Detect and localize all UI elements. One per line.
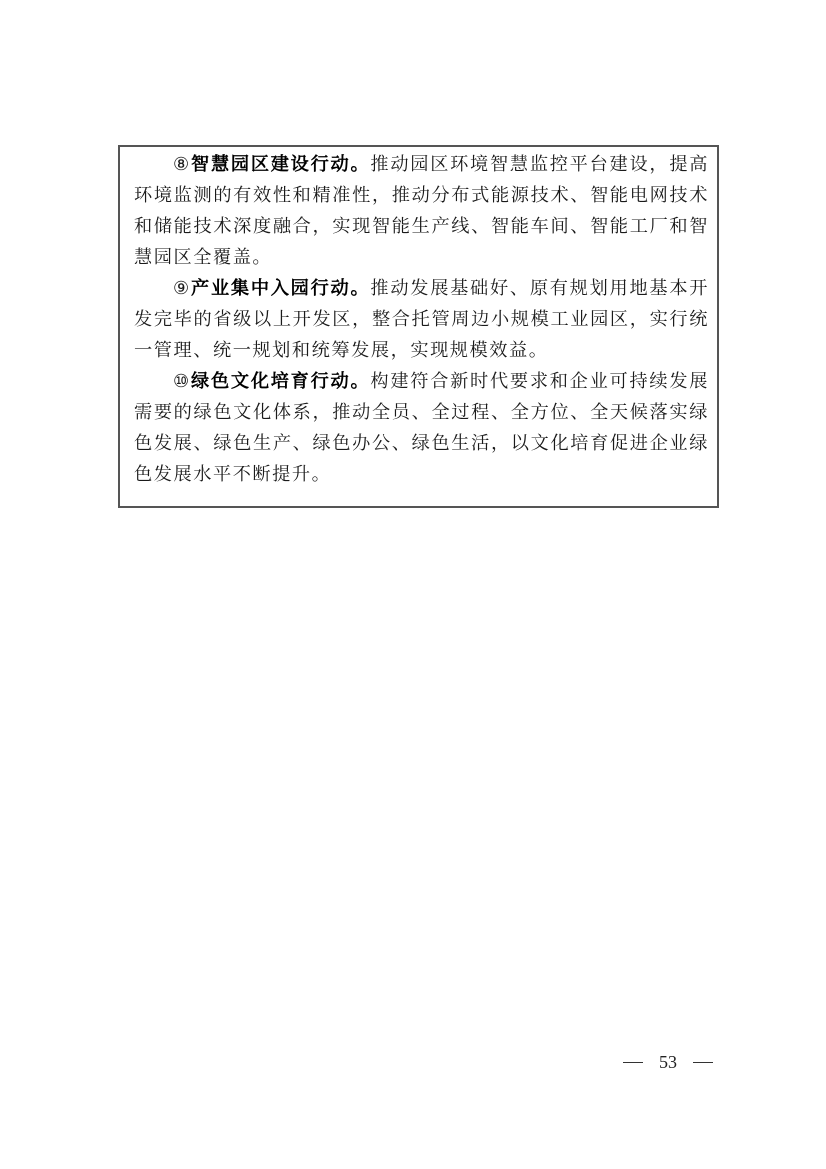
page-number-footer: 53: [623, 1050, 713, 1074]
item-marker: ⑧: [173, 154, 191, 175]
bordered-text-box: ⑧智慧园区建设行动。推动园区环境智慧监控平台建设，提高环境监测的有效性和精准性，…: [118, 145, 719, 508]
paragraph-item-9: ⑨产业集中入园行动。推动发展基础好、原有规划用地基本开发完毕的省级以上开发区，整…: [134, 273, 709, 366]
item-marker: ⑨: [173, 278, 191, 299]
paragraph-item-10: ⑩绿色文化培育行动。构建符合新时代要求和企业可持续发展需要的绿色文化体系，推动全…: [134, 366, 709, 490]
paragraph-item-8: ⑧智慧园区建设行动。推动园区环境智慧监控平台建设，提高环境监测的有效性和精准性，…: [134, 149, 709, 273]
item-title: 智慧园区建设行动。: [191, 154, 370, 175]
page-number: 53: [659, 1052, 677, 1073]
item-title: 产业集中入园行动。: [191, 278, 370, 299]
item-title: 绿色文化培育行动。: [191, 371, 370, 392]
right-dash: [693, 1062, 713, 1063]
item-marker: ⑩: [173, 371, 191, 392]
left-dash: [623, 1062, 643, 1063]
